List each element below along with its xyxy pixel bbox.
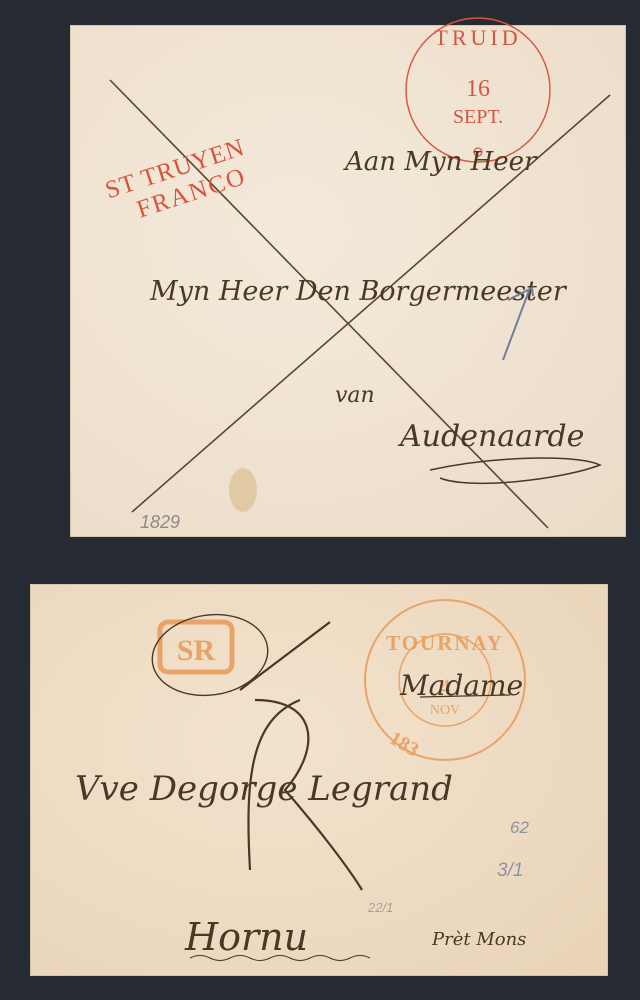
address-b-line-3: Hornu <box>184 915 308 959</box>
postmark-town: TRUID <box>434 25 521 50</box>
address-line-2: Myn Heer Den Borgermeester <box>149 276 568 307</box>
franco-cancel: ST TRUYEN FRANCO <box>102 134 257 231</box>
address-b-line-1: Madame <box>399 669 523 702</box>
rate-mark-r <box>240 622 362 890</box>
paper-stain <box>229 468 257 512</box>
pencil-note-1: 62 <box>510 818 529 837</box>
pencil-note-3: 22/1 <box>367 900 393 915</box>
address-b-line-4: Prèt Mons <box>431 929 526 950</box>
address-line-1: Aan Myn Heer <box>343 147 538 177</box>
address-line-3: van <box>335 383 375 408</box>
tournay-year: 183 <box>386 727 423 761</box>
letter-markings: TRUID 16 SEPT. ST TRUYEN FRANCO Aan Myn … <box>0 0 640 1000</box>
sr-text: SR <box>177 634 216 667</box>
postmark-day: 16 <box>466 76 490 102</box>
postmark-month: SEPT. <box>453 106 503 128</box>
tournay-month: NOV <box>430 703 460 718</box>
address-b-line-2: Vve Degorge Legrand <box>75 769 453 809</box>
tournay-town: TOURNAY <box>386 631 504 655</box>
pencil-year: 1829 <box>140 512 180 532</box>
flourish <box>430 458 600 483</box>
address-line-4: Audenaarde <box>397 419 584 454</box>
pencil-note-2: 3/1 <box>497 860 523 881</box>
